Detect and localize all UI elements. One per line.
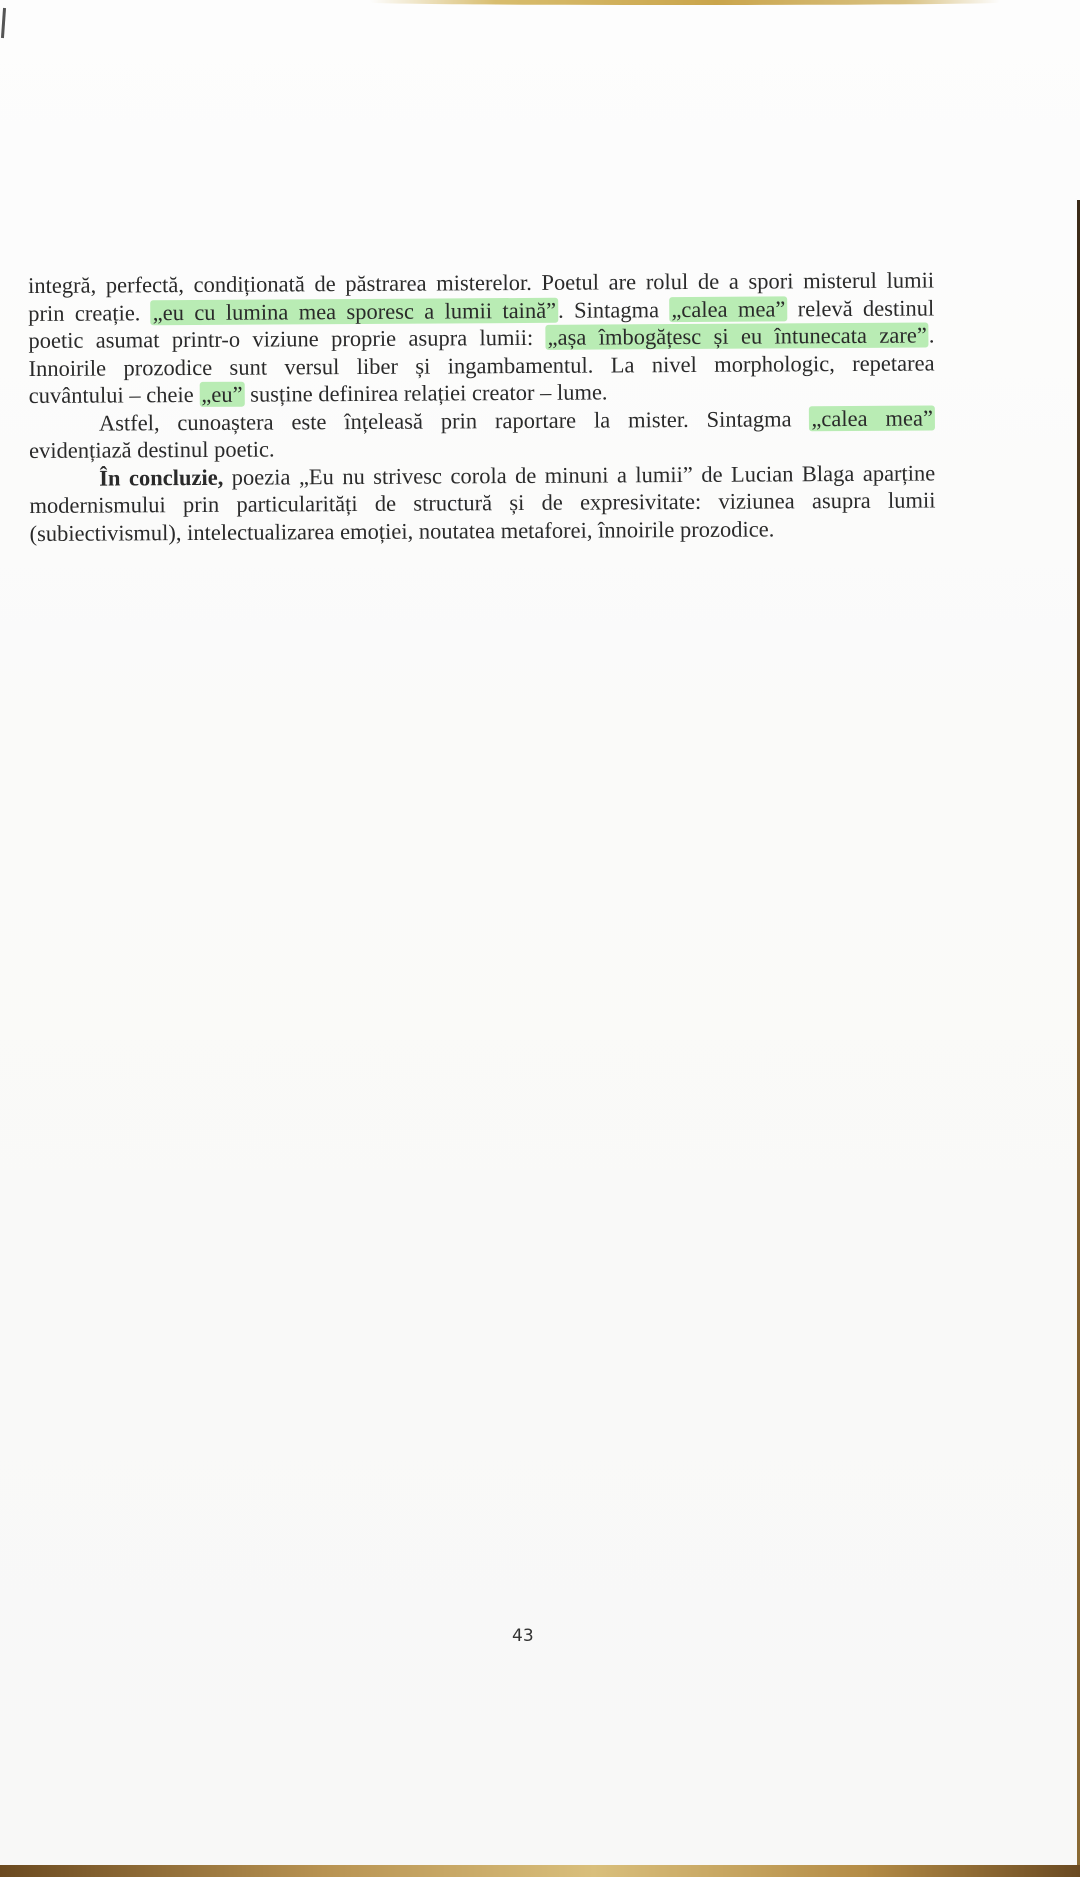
paragraph-2-line-1: Astfel, cunoaștera este înțeleasă prin r… [29,404,935,437]
paper-mark [1,8,6,38]
highlighted-quote: „eu” [199,382,244,407]
text-segment: . Sintagma [558,297,669,323]
paragraph-3-line-2: modernismului prin particularități de st… [29,486,935,519]
highlighted-quote: „așa îmbogățesc și eu întunecata zare” [546,322,929,349]
highlighted-quote: „calea mea” [809,405,935,431]
paragraph-3-line-3: (subiectivismul), intelectualizarea emoț… [30,514,936,547]
page-number: 43 [512,1626,534,1646]
text-segment: prin creație. [28,300,151,326]
paper-bottom-edge [0,1865,1080,1877]
text-segment: poetic asumat printr-o viziune proprie a… [28,325,545,353]
text-segment: cuvântului – cheie [29,382,200,408]
document-page: integră, perfectă, condiționată de păstr… [0,0,1080,1877]
highlighted-quote: „eu cu lumina mea sporesc a lumii taină” [151,297,559,324]
conclusion-label: În concluzie, [99,464,223,490]
text-segment: relevă destinul [787,295,934,321]
text-segment: . [929,322,935,347]
highlighted-quote: „calea mea” [669,296,787,322]
paragraph-1-line-4: Innoirile prozodice sunt versul liber și… [29,349,935,382]
body-text: integră, perfectă, condiționată de păstr… [28,266,936,547]
text-segment: Astfel, cunoaștera este înțeleasă prin r… [99,406,810,435]
text-segment: susține definirea relației creator – lum… [244,379,607,406]
paper-top-edge [370,0,1000,5]
text-segment: poezia „Eu nu strivesc corola de minuni … [223,460,935,489]
